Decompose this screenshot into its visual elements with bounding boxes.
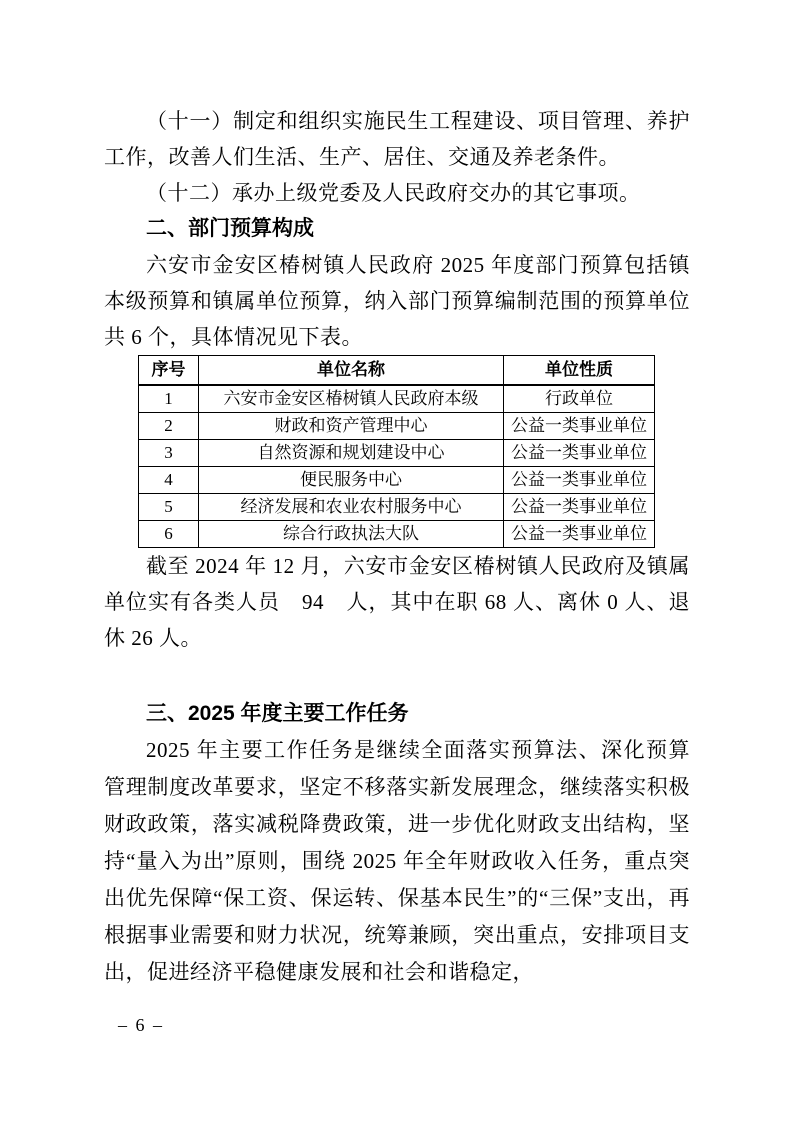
paragraph-duty-12: （十二）承办上级党委及人民政府交办的其它事项。 [104, 175, 690, 211]
cell-seq: 3 [139, 440, 199, 467]
cell-seq: 5 [139, 494, 199, 521]
cell-type: 公益一类事业单位 [504, 413, 655, 440]
page-number: – 6 – [118, 1014, 164, 1036]
section2-heading: 二、部门预算构成 [104, 211, 690, 247]
cell-type: 公益一类事业单位 [504, 494, 655, 521]
cell-seq: 6 [139, 521, 199, 548]
cell-seq: 2 [139, 413, 199, 440]
cell-name: 便民服务中心 [199, 467, 504, 494]
table-header-type: 单位性质 [504, 356, 655, 386]
cell-name: 自然资源和规划建设中心 [199, 440, 504, 467]
table-row: 6 综合行政执法大队 公益一类事业单位 [139, 521, 655, 548]
table-header-row: 序号 单位名称 单位性质 [139, 356, 655, 386]
cell-type: 行政单位 [504, 385, 655, 413]
section3-heading: 三、2025 年度主要工作任务 [104, 696, 690, 732]
table-row: 3 自然资源和规划建设中心 公益一类事业单位 [139, 440, 655, 467]
cell-name: 综合行政执法大队 [199, 521, 504, 548]
section2-intro-paragraph: 六安市金安区椿树镇人民政府 2025 年度部门预算包括镇本级预算和镇属单位预算，… [104, 247, 690, 355]
section3-body-paragraph: 2025 年主要工作任务是继续全面落实预算法、深化预算管理制度改革要求，坚定不移… [104, 732, 690, 991]
cell-name: 财政和资产管理中心 [199, 413, 504, 440]
table-row: 2 财政和资产管理中心 公益一类事业单位 [139, 413, 655, 440]
document-page: （十一）制定和组织实施民生工程建设、项目管理、养护工作，改善人们生活、生产、居住… [0, 0, 793, 1122]
staff-count-paragraph: 截至 2024 年 12 月，六安市金安区椿树镇人民政府及镇属单位实有各类人员 … [104, 548, 690, 656]
table-header-name: 单位名称 [199, 356, 504, 386]
cell-seq: 1 [139, 385, 199, 413]
paragraph-duty-11: （十一）制定和组织实施民生工程建设、项目管理、养护工作，改善人们生活、生产、居住… [104, 103, 690, 175]
cell-name: 六安市金安区椿树镇人民政府本级 [199, 385, 504, 413]
cell-name: 经济发展和农业农村服务中心 [199, 494, 504, 521]
cell-type: 公益一类事业单位 [504, 521, 655, 548]
table-header-seq: 序号 [139, 356, 199, 386]
table-row: 5 经济发展和农业农村服务中心 公益一类事业单位 [139, 494, 655, 521]
table-row: 4 便民服务中心 公益一类事业单位 [139, 467, 655, 494]
budget-units-table: 序号 单位名称 单位性质 1 六安市金安区椿树镇人民政府本级 行政单位 2 财政… [138, 355, 655, 548]
cell-seq: 4 [139, 467, 199, 494]
table-row: 1 六安市金安区椿树镇人民政府本级 行政单位 [139, 385, 655, 413]
cell-type: 公益一类事业单位 [504, 440, 655, 467]
cell-type: 公益一类事业单位 [504, 467, 655, 494]
